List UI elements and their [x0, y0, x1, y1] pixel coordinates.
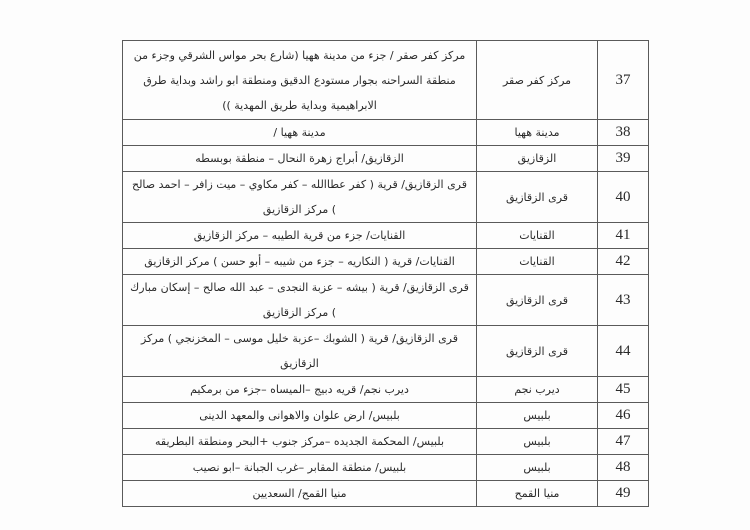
table-row: 39 الزقازيق الزقازيق/ أبراج زهرة النحال …	[123, 146, 649, 172]
area-description: قرى الزقازيق/ قرية ( كفر عطاالله – كفر م…	[123, 172, 477, 223]
area-name: قرى الزقازيق	[477, 172, 598, 223]
table-row: 48 بلبيس بلبيس/ منطقة المقابر –غرب الجبا…	[123, 455, 649, 481]
area-description: القنايات/ جزء من قرية الطيبه – مركز الزق…	[123, 223, 477, 249]
areas-table: 37 مركز كفر صقر مركز كفر صقر / جزء من مد…	[122, 40, 649, 507]
area-name: قرى الزقازيق	[477, 326, 598, 377]
area-name: قرى الزقازيق	[477, 275, 598, 326]
table-row: 41 القنايات القنايات/ جزء من قرية الطيبه…	[123, 223, 649, 249]
table-row: 37 مركز كفر صقر مركز كفر صقر / جزء من مد…	[123, 41, 649, 120]
row-number: 41	[598, 223, 649, 249]
table-row: 45 ديرب نجم ديرب نجم/ قريه دبيج –الميساه…	[123, 377, 649, 403]
area-name: مدينة ههيا	[477, 120, 598, 146]
area-name: القنايات	[477, 223, 598, 249]
document-page: 37 مركز كفر صقر مركز كفر صقر / جزء من مد…	[0, 0, 750, 530]
row-number: 48	[598, 455, 649, 481]
area-name: القنايات	[477, 249, 598, 275]
row-number: 44	[598, 326, 649, 377]
area-description: القنايات/ قرية ( النكاريه – جزء من شيبه …	[123, 249, 477, 275]
area-name: بلبيس	[477, 403, 598, 429]
table-row: 47 بلبيس بلبيس/ المحكمة الجديده –مركز جن…	[123, 429, 649, 455]
row-number: 45	[598, 377, 649, 403]
area-name: ديرب نجم	[477, 377, 598, 403]
row-number: 46	[598, 403, 649, 429]
row-number: 37	[598, 41, 649, 120]
row-number: 40	[598, 172, 649, 223]
area-description: الزقازيق/ أبراج زهرة النحال – منطقة بوبس…	[123, 146, 477, 172]
area-name: مركز كفر صقر	[477, 41, 598, 120]
table-row: 43 قرى الزقازيق قرى الزقازيق/ قرية ( بيش…	[123, 275, 649, 326]
row-number: 42	[598, 249, 649, 275]
table-row: 44 قرى الزقازيق قرى الزقازيق/ قرية ( الش…	[123, 326, 649, 377]
area-description: قرى الزقازيق/ قرية ( الشوبك –عزبة خليل م…	[123, 326, 477, 377]
area-description: بلبيس/ ارض علوان والاهوانى والمعهد الدين…	[123, 403, 477, 429]
area-description: منيا القمح/ السعديين	[123, 481, 477, 507]
row-number: 38	[598, 120, 649, 146]
area-description: بلبيس/ منطقة المقابر –غرب الجبانة –ابو ن…	[123, 455, 477, 481]
row-number: 39	[598, 146, 649, 172]
area-description: مدينة ههيا /	[123, 120, 477, 146]
row-number: 43	[598, 275, 649, 326]
table-row: 38 مدينة ههيا مدينة ههيا /	[123, 120, 649, 146]
area-description: قرى الزقازيق/ قرية ( بيشه – عزبة النجدى …	[123, 275, 477, 326]
table-row: 49 منيا القمح منيا القمح/ السعديين	[123, 481, 649, 507]
area-name: بلبيس	[477, 429, 598, 455]
table-row: 46 بلبيس بلبيس/ ارض علوان والاهوانى والم…	[123, 403, 649, 429]
table-row: 42 القنايات القنايات/ قرية ( النكاريه – …	[123, 249, 649, 275]
area-description: بلبيس/ المحكمة الجديده –مركز جنوب +البحر…	[123, 429, 477, 455]
area-name: منيا القمح	[477, 481, 598, 507]
area-name: الزقازيق	[477, 146, 598, 172]
area-description: مركز كفر صقر / جزء من مدينة ههيا (شارع ب…	[123, 41, 477, 120]
row-number: 49	[598, 481, 649, 507]
area-description: ديرب نجم/ قريه دبيج –الميساه –جزء من برم…	[123, 377, 477, 403]
row-number: 47	[598, 429, 649, 455]
area-name: بلبيس	[477, 455, 598, 481]
table-row: 40 قرى الزقازيق قرى الزقازيق/ قرية ( كفر…	[123, 172, 649, 223]
